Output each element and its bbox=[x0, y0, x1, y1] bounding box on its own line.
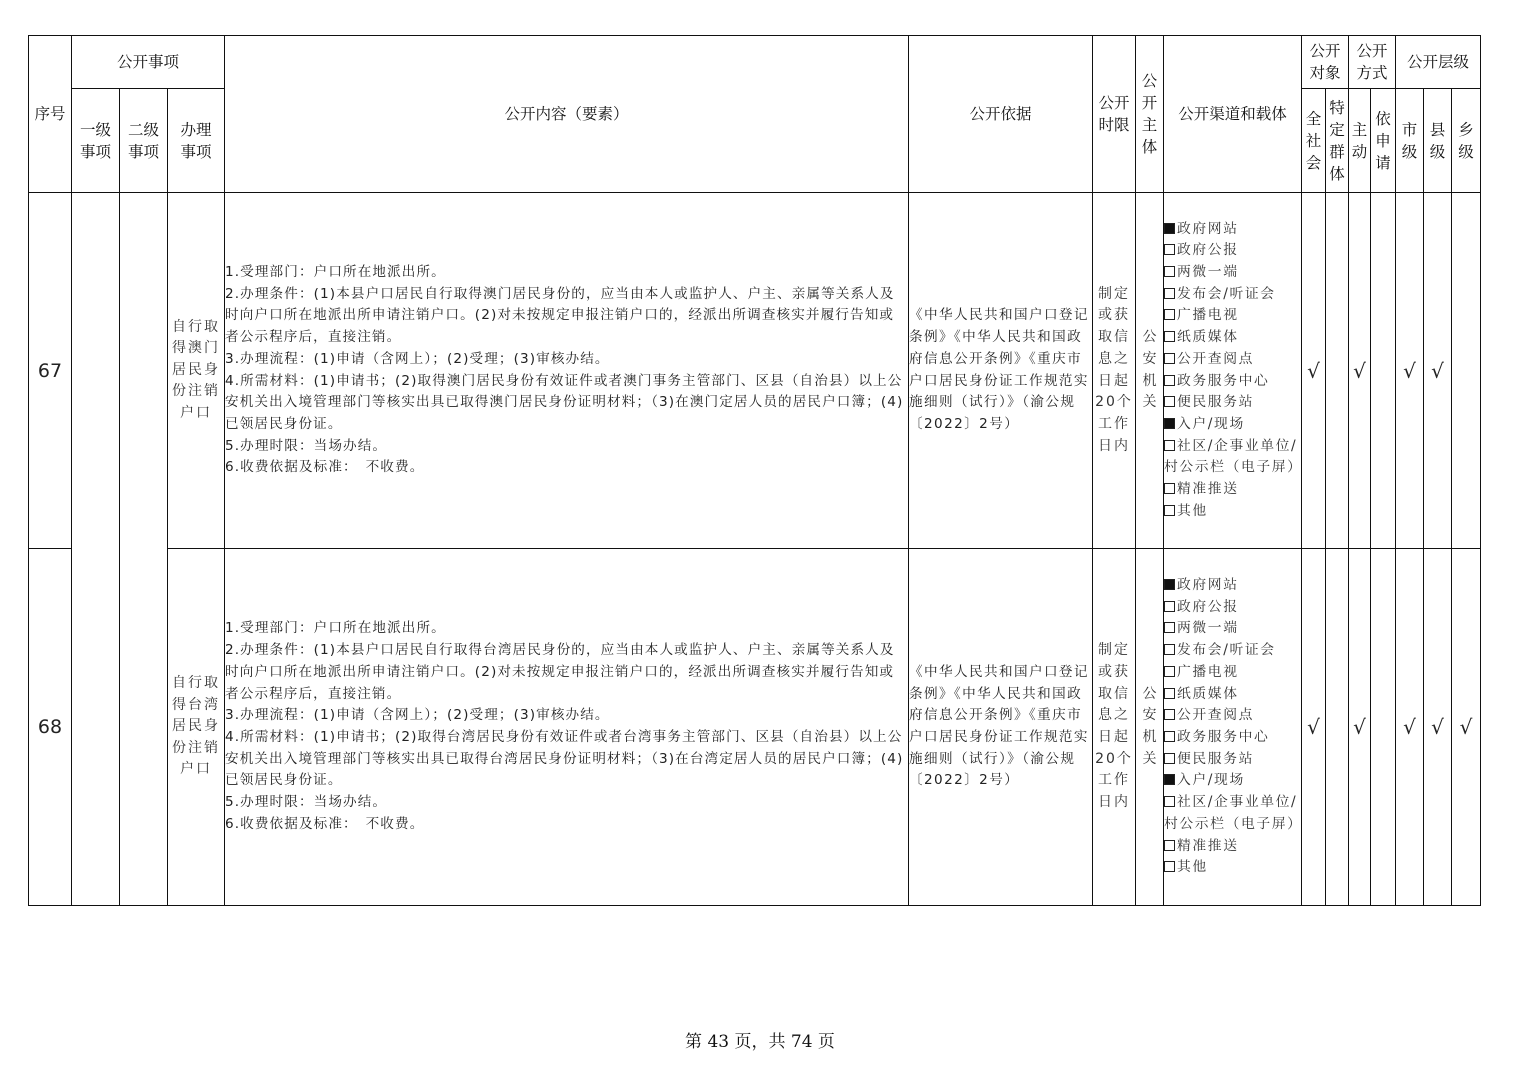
channel-item: 其他 bbox=[1164, 857, 1301, 879]
header-public-item-group: 公开事项 bbox=[72, 36, 225, 89]
header-audience-group: 公开对象 bbox=[1302, 36, 1349, 89]
header-audience-all: 全社会 bbox=[1302, 89, 1326, 193]
row-level-town: √ bbox=[1452, 549, 1481, 906]
row-method-active: √ bbox=[1349, 549, 1371, 906]
checkbox-empty-icon bbox=[1164, 375, 1175, 386]
channel-item: 社区/企事业单位/村公示栏（电子屏） bbox=[1164, 792, 1301, 835]
row-method-active: √ bbox=[1349, 193, 1371, 549]
row-audience-all: √ bbox=[1302, 193, 1326, 549]
row-level-city: √ bbox=[1396, 193, 1424, 549]
channel-item: 纸质媒体 bbox=[1164, 327, 1301, 349]
checkbox-empty-icon bbox=[1164, 244, 1175, 255]
header-level-group: 公开层级 bbox=[1396, 36, 1481, 89]
checkmark-icon: √ bbox=[1431, 715, 1444, 739]
row-audience-all: √ bbox=[1302, 549, 1326, 906]
row-channels: 政府网站 政府公报 两微一端 发布会/听证会 广播电视 纸质媒体 公开查阅点 政… bbox=[1164, 549, 1302, 906]
table-row: 67 自行取得澳门居民身份注销户口 1.受理部门：户口所在地派出所。 2.办理条… bbox=[29, 193, 1481, 549]
header-level-county: 县级 bbox=[1424, 89, 1452, 193]
checkmark-icon: √ bbox=[1307, 715, 1320, 739]
channel-item: 其他 bbox=[1164, 501, 1301, 523]
row-subject: 公安机关 bbox=[1136, 193, 1164, 549]
row-seq: 67 bbox=[29, 193, 72, 549]
checkmark-icon: √ bbox=[1431, 359, 1444, 383]
channel-item: 公开查阅点 bbox=[1164, 705, 1301, 727]
channel-item: 入户/现场 bbox=[1164, 770, 1301, 792]
checkmark-icon: √ bbox=[1353, 359, 1366, 383]
channel-item: 精准推送 bbox=[1164, 479, 1301, 501]
checkbox-empty-icon bbox=[1164, 753, 1175, 764]
header-time-limit: 公开时限 bbox=[1093, 36, 1136, 193]
header-level-town: 乡级 bbox=[1452, 89, 1481, 193]
channel-item: 公开查阅点 bbox=[1164, 349, 1301, 371]
checkmark-icon: √ bbox=[1460, 715, 1473, 739]
header-channels: 公开渠道和载体 bbox=[1164, 36, 1302, 193]
page-number: 第 43 页，共 74 页 bbox=[0, 1027, 1520, 1052]
channel-item: 发布会/听证会 bbox=[1164, 284, 1301, 306]
channel-item: 入户/现场 bbox=[1164, 414, 1301, 436]
checkmark-icon: √ bbox=[1403, 359, 1416, 383]
row-basis: 《中华人民共和国户口登记条例》《中华人民共和国政府信息公开条例》《重庆市户口居民… bbox=[909, 549, 1093, 906]
header-level1: 一级事项 bbox=[72, 89, 120, 193]
checkbox-empty-icon bbox=[1164, 309, 1175, 320]
checkbox-empty-icon bbox=[1164, 688, 1175, 699]
header-content: 公开内容（要素） bbox=[225, 36, 909, 193]
row-audience-specific bbox=[1326, 193, 1349, 549]
checkbox-empty-icon bbox=[1164, 731, 1175, 742]
header-seq: 序号 bbox=[29, 36, 72, 193]
header-handle-item: 办理事项 bbox=[168, 89, 225, 193]
checkbox-checked-icon bbox=[1164, 418, 1175, 429]
checkbox-empty-icon bbox=[1164, 644, 1175, 655]
header-level-city: 市级 bbox=[1396, 89, 1424, 193]
channel-item: 纸质媒体 bbox=[1164, 684, 1301, 706]
row-subject: 公安机关 bbox=[1136, 549, 1164, 906]
row-content: 1.受理部门：户口所在地派出所。 2.办理条件：(1)本县户口居民自行取得台湾居… bbox=[225, 549, 909, 906]
row-handle-item: 自行取得台湾居民身份注销户口 bbox=[168, 549, 225, 906]
row-level1-item bbox=[72, 193, 120, 906]
channel-item: 广播电视 bbox=[1164, 662, 1301, 684]
row-method-request bbox=[1371, 193, 1396, 549]
checkbox-empty-icon bbox=[1164, 861, 1175, 872]
channel-item: 政府网站 bbox=[1164, 575, 1301, 597]
row-audience-specific bbox=[1326, 549, 1349, 906]
checkbox-empty-icon bbox=[1164, 331, 1175, 342]
header-method-group: 公开方式 bbox=[1349, 36, 1396, 89]
channel-item: 两微一端 bbox=[1164, 262, 1301, 284]
channel-item: 政务服务中心 bbox=[1164, 727, 1301, 749]
row-method-request bbox=[1371, 549, 1396, 906]
header-basis: 公开依据 bbox=[909, 36, 1093, 193]
row-basis: 《中华人民共和国户口登记条例》《中华人民共和国政府信息公开条例》《重庆市户口居民… bbox=[909, 193, 1093, 549]
row-level-county: √ bbox=[1424, 549, 1452, 906]
checkbox-empty-icon bbox=[1164, 353, 1175, 364]
checkmark-icon: √ bbox=[1353, 715, 1366, 739]
row-time-limit: 制定或获取信息之日起20个工作日内 bbox=[1093, 549, 1136, 906]
channel-item: 广播电视 bbox=[1164, 305, 1301, 327]
checkbox-checked-icon bbox=[1164, 774, 1175, 785]
channel-item: 精准推送 bbox=[1164, 836, 1301, 858]
header-subject: 公开主体 bbox=[1136, 36, 1164, 193]
row-level-county: √ bbox=[1424, 193, 1452, 549]
row-level2-item bbox=[120, 193, 168, 906]
checkbox-empty-icon bbox=[1164, 505, 1175, 516]
channel-item: 便民服务站 bbox=[1164, 392, 1301, 414]
checkbox-empty-icon bbox=[1164, 622, 1175, 633]
channel-item: 政府公报 bbox=[1164, 597, 1301, 619]
channel-item: 政府网站 bbox=[1164, 219, 1301, 241]
row-content: 1.受理部门：户口所在地派出所。 2.办理条件：(1)本县户口居民自行取得澳门居… bbox=[225, 193, 909, 549]
checkbox-empty-icon bbox=[1164, 796, 1175, 807]
channel-item: 政府公报 bbox=[1164, 240, 1301, 262]
row-handle-item: 自行取得澳门居民身份注销户口 bbox=[168, 193, 225, 549]
checkbox-empty-icon bbox=[1164, 266, 1175, 277]
header-method-active: 主动 bbox=[1349, 89, 1371, 193]
table-row: 68 自行取得台湾居民身份注销户口 1.受理部门：户口所在地派出所。 2.办理条… bbox=[29, 549, 1481, 906]
checkbox-empty-icon bbox=[1164, 666, 1175, 677]
checkbox-checked-icon bbox=[1164, 579, 1175, 590]
header-level2: 二级事项 bbox=[120, 89, 168, 193]
channel-item: 便民服务站 bbox=[1164, 749, 1301, 771]
channel-item: 两微一端 bbox=[1164, 618, 1301, 640]
checkbox-empty-icon bbox=[1164, 709, 1175, 720]
checkbox-empty-icon bbox=[1164, 288, 1175, 299]
checkbox-empty-icon bbox=[1164, 840, 1175, 851]
row-level-city: √ bbox=[1396, 549, 1424, 906]
channel-item: 社区/企事业单位/村公示栏（电子屏） bbox=[1164, 436, 1301, 479]
checkbox-checked-icon bbox=[1164, 223, 1175, 234]
checkbox-empty-icon bbox=[1164, 601, 1175, 612]
channel-item: 发布会/听证会 bbox=[1164, 640, 1301, 662]
checkbox-empty-icon bbox=[1164, 440, 1175, 451]
channel-item: 政务服务中心 bbox=[1164, 371, 1301, 393]
checkmark-icon: √ bbox=[1307, 359, 1320, 383]
header-audience-specific: 特定群体 bbox=[1326, 89, 1349, 193]
checkbox-empty-icon bbox=[1164, 483, 1175, 494]
checkmark-icon: √ bbox=[1403, 715, 1416, 739]
header-method-request: 依申请 bbox=[1371, 89, 1396, 193]
row-channels: 政府网站 政府公报 两微一端 发布会/听证会 广播电视 纸质媒体 公开查阅点 政… bbox=[1164, 193, 1302, 549]
row-time-limit: 制定或获取信息之日起20个工作日内 bbox=[1093, 193, 1136, 549]
checkbox-empty-icon bbox=[1164, 396, 1175, 407]
row-seq: 68 bbox=[29, 549, 72, 906]
row-level-town bbox=[1452, 193, 1481, 549]
disclosure-table: 序号 公开事项 公开内容（要素） 公开依据 公开时限 公开主体 公开渠道和载体 … bbox=[28, 35, 1481, 906]
